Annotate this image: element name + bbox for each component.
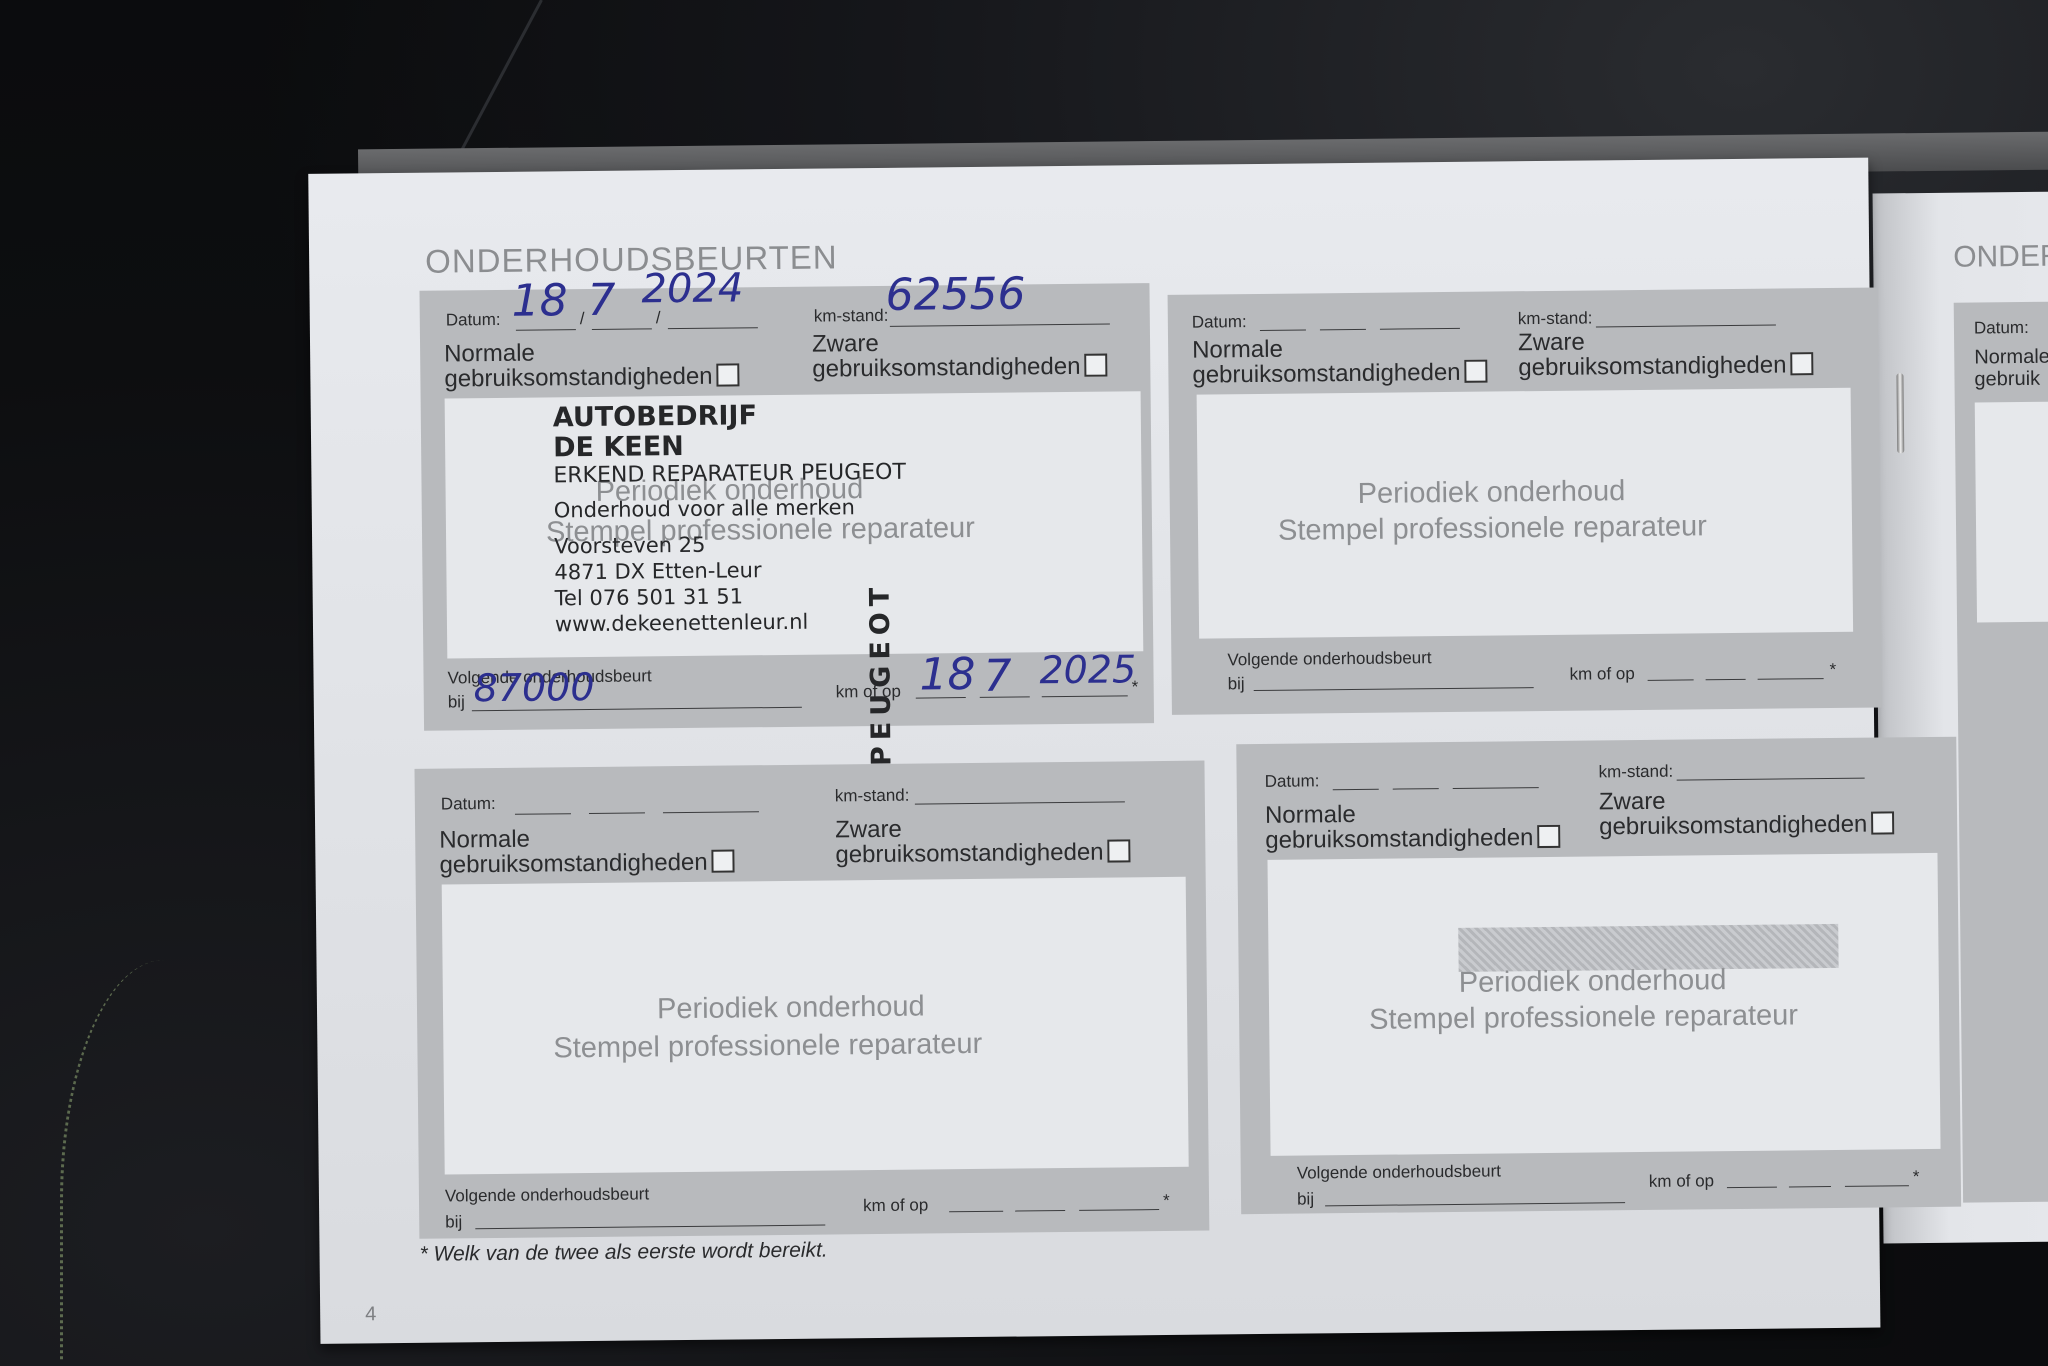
datum-day-line[interactable]	[1333, 789, 1379, 790]
datum-month-line[interactable]	[1393, 788, 1439, 789]
next-month-line[interactable]	[1015, 1210, 1065, 1212]
normale-label: Normale	[444, 342, 535, 367]
volgende-km-line[interactable]	[1325, 1202, 1625, 1206]
zware-checkbox[interactable]	[1107, 839, 1130, 862]
normale-checkbox[interactable]	[712, 849, 735, 872]
normale-checkbox[interactable]	[716, 363, 739, 386]
entry-top-right: Datum: km-stand: Normale gebruiksomstand…	[1168, 287, 1882, 714]
right-datum-label: Datum:	[1974, 318, 2029, 339]
zware-text: gebruiksomstandigheden	[835, 839, 1103, 869]
volgende-label: Volgende onderhoudsbeurt	[1297, 1161, 1501, 1183]
km-stand-label: km-stand:	[835, 786, 910, 807]
stamp-phone: Tel 076 501 31 51	[555, 582, 908, 612]
right-gebruik-label: gebruik	[1974, 368, 2040, 392]
bij-label: bij	[1297, 1189, 1314, 1209]
footnote: * Welk van de twee als eerste wordt bere…	[419, 1239, 827, 1267]
handwritten-km-stand: 62556	[885, 268, 1026, 320]
asterisk: *	[1829, 660, 1836, 680]
next-day-line[interactable]	[1727, 1187, 1777, 1189]
normale-checkbox[interactable]	[1464, 360, 1487, 383]
zware-checkbox[interactable]	[1871, 811, 1894, 834]
normale-checkbox[interactable]	[1537, 825, 1560, 848]
km-of-op-label: km of op	[863, 1195, 928, 1216]
zware-label: Zware	[835, 818, 902, 843]
next-year-line[interactable]	[1079, 1209, 1159, 1211]
bij-label: bij	[1228, 674, 1245, 694]
zware-checkbox-label[interactable]: gebruiksomstandigheden	[835, 839, 1130, 867]
zware-text: gebruiksomstandigheden	[1518, 351, 1786, 381]
km-stand-line[interactable]	[915, 801, 1125, 804]
next-month-line[interactable]	[1789, 1186, 1831, 1187]
next-month-line[interactable]	[1706, 679, 1746, 680]
dealer-stamp: AUTOBEDRIJF DE KEEN ERKEND REPARATEUR PE…	[553, 400, 908, 638]
datum-label: Datum:	[1192, 312, 1247, 333]
stamp-placeholder-line2: Stempel professionele reparateur	[1369, 996, 1798, 1038]
zware-text: gebruiksomstandigheden	[812, 353, 1080, 383]
volgende-km-line[interactable]	[475, 1225, 825, 1230]
normale-checkbox-label[interactable]: gebruiksomstandigheden	[444, 363, 739, 391]
stamp-area: Periodiek onderhoud Stempel professionel…	[445, 391, 1144, 658]
right-stamp-area	[1975, 401, 2048, 622]
normale-checkbox-label[interactable]: gebruiksomstandigheden	[1265, 825, 1560, 853]
next-year-line[interactable]	[1845, 1185, 1909, 1187]
handwritten-next-km: 87000	[473, 665, 594, 710]
entry-bottom-left: Datum: km-stand: Normale gebruiksomstand…	[414, 761, 1209, 1239]
datum-day-line[interactable]	[515, 813, 571, 815]
stamp-area: Periodiek onderhoud Stempel professionel…	[442, 877, 1189, 1175]
datum-label: Datum:	[446, 310, 501, 331]
stamp-address-city: 4871 DX Etten-Leur	[554, 556, 907, 586]
datum-year-line[interactable]	[1380, 328, 1460, 330]
zware-checkbox-label[interactable]: gebruiksomstandigheden	[1518, 352, 1813, 380]
km-stand-label: km-stand:	[1518, 308, 1593, 329]
stamp-placeholder-line2: Stempel professionele reparateur	[1278, 507, 1707, 549]
volgende-km-line[interactable]	[1254, 687, 1534, 691]
normale-label: Normale	[1265, 803, 1356, 828]
left-page: ONDERHOUDSBEURTEN Datum: / / 18 7 2024 k…	[308, 158, 1880, 1344]
normale-text: gebruiksomstandigheden	[444, 363, 712, 393]
right-page-title: ONDER	[1953, 240, 2048, 275]
km-of-op-label: km of op	[1569, 664, 1634, 685]
right-page-form: Datum: Normale gebruik	[1954, 301, 2048, 1203]
staple-top	[1896, 373, 1904, 453]
datum-day-line	[516, 329, 576, 331]
zware-checkbox[interactable]	[1084, 354, 1107, 377]
datum-month-line[interactable]	[1320, 329, 1366, 330]
datum-day-line[interactable]	[1260, 329, 1306, 330]
normale-label: Normale	[1192, 338, 1283, 363]
handwritten-date-month: 7	[587, 275, 616, 326]
page-number: 4	[365, 1303, 376, 1326]
stamp-company-line1: AUTOBEDRIJF	[553, 400, 906, 434]
right-normale-label: Normale	[1974, 346, 2048, 370]
zware-label: Zware	[812, 332, 879, 357]
zware-text: gebruiksomstandigheden	[1599, 811, 1867, 841]
stamp-address-street: Voorsteven 25	[554, 530, 907, 560]
entry-bottom-right: Datum: km-stand: Normale gebruiksomstand…	[1236, 737, 1961, 1215]
km-stand-line[interactable]	[1596, 325, 1776, 328]
zware-label: Zware	[1599, 790, 1666, 815]
next-day-line[interactable]	[949, 1211, 1003, 1213]
stamp-website: www.dekeenettenleur.nl	[555, 608, 908, 638]
slash: /	[580, 309, 585, 329]
zware-label: Zware	[1518, 331, 1585, 356]
stamp-tagline: Onderhoud voor alle merken	[554, 494, 907, 524]
peugeot-brand-text: PEUGEOT	[865, 582, 898, 766]
asterisk: *	[1163, 1191, 1170, 1211]
handwritten-next-year: 2025	[1039, 647, 1136, 692]
bij-label: bij	[445, 1212, 462, 1232]
km-stand-line[interactable]	[1677, 778, 1865, 781]
volgende-label: Volgende onderhoudsbeurt	[445, 1184, 649, 1206]
normale-checkbox-label[interactable]: gebruiksomstandigheden	[439, 849, 734, 877]
km-of-op-label: km of op	[1649, 1171, 1714, 1192]
km-stand-label: km-stand:	[814, 306, 889, 327]
entry-top-left: Datum: / / 18 7 2024 km-stand: 62556 Nor…	[419, 283, 1154, 731]
normale-text: gebruiksomstandigheden	[1265, 824, 1533, 854]
zware-checkbox[interactable]	[1790, 352, 1813, 375]
stamp-placeholder-line1: Periodiek onderhoud	[1459, 961, 1727, 1002]
stamp-company-line2: DE KEEN	[553, 430, 906, 464]
normale-label: Normale	[439, 828, 530, 853]
stamp-dealer-type: ERKEND REPARATEUR PEUGEOT	[553, 460, 906, 490]
next-day-line[interactable]	[1648, 679, 1694, 680]
normale-text: gebruiksomstandigheden	[439, 849, 707, 879]
km-stand-label: km-stand:	[1598, 762, 1673, 783]
km-of-op-label: km of op	[836, 682, 901, 703]
km-stand-line	[890, 324, 1110, 327]
handwritten-next-month: 7	[983, 651, 1012, 702]
datum-month-line	[592, 328, 652, 330]
volgende-label: Volgende onderhoudsbeurt	[1227, 648, 1431, 670]
bij-label: bij	[448, 692, 465, 712]
datum-year-line	[668, 327, 758, 329]
asterisk: *	[1913, 1167, 1920, 1187]
page-title: ONDERHOUDSBEURTEN	[425, 238, 838, 280]
maintenance-booklet: ONDER Datum: Normale gebruik ONDERHOUDSB…	[300, 132, 2048, 1340]
asterisk: *	[1132, 677, 1139, 697]
datum-label: Datum:	[1265, 771, 1320, 792]
datum-year-line[interactable]	[663, 811, 759, 813]
handwritten-date-year: 2024	[641, 265, 743, 312]
stamp-area: Periodiek onderhoud Stempel professionel…	[1197, 388, 1854, 639]
handwritten-date-day: 18	[511, 275, 568, 327]
next-year-line[interactable]	[1758, 678, 1824, 680]
next-year-line	[1042, 695, 1128, 697]
datum-month-line[interactable]	[589, 812, 645, 814]
handwritten-next-day: 18	[919, 649, 976, 701]
datum-label: Datum:	[441, 794, 496, 815]
stamp-placeholder-line1: Periodiek onderhoud	[1357, 472, 1625, 513]
zware-checkbox-label[interactable]: gebruiksomstandigheden	[812, 354, 1107, 382]
normale-text: gebruiksomstandigheden	[1192, 359, 1460, 389]
zware-checkbox-label[interactable]: gebruiksomstandigheden	[1599, 811, 1894, 839]
stamp-placeholder-line1: Periodiek onderhoud	[657, 988, 925, 1029]
stamp-placeholder-line2: Stempel professionele reparateur	[553, 1025, 982, 1067]
stamp-area: Periodiek onderhoud Stempel professionel…	[1267, 853, 1940, 1156]
normale-checkbox-label[interactable]: gebruiksomstandigheden	[1192, 360, 1487, 388]
datum-year-line[interactable]	[1453, 787, 1539, 789]
